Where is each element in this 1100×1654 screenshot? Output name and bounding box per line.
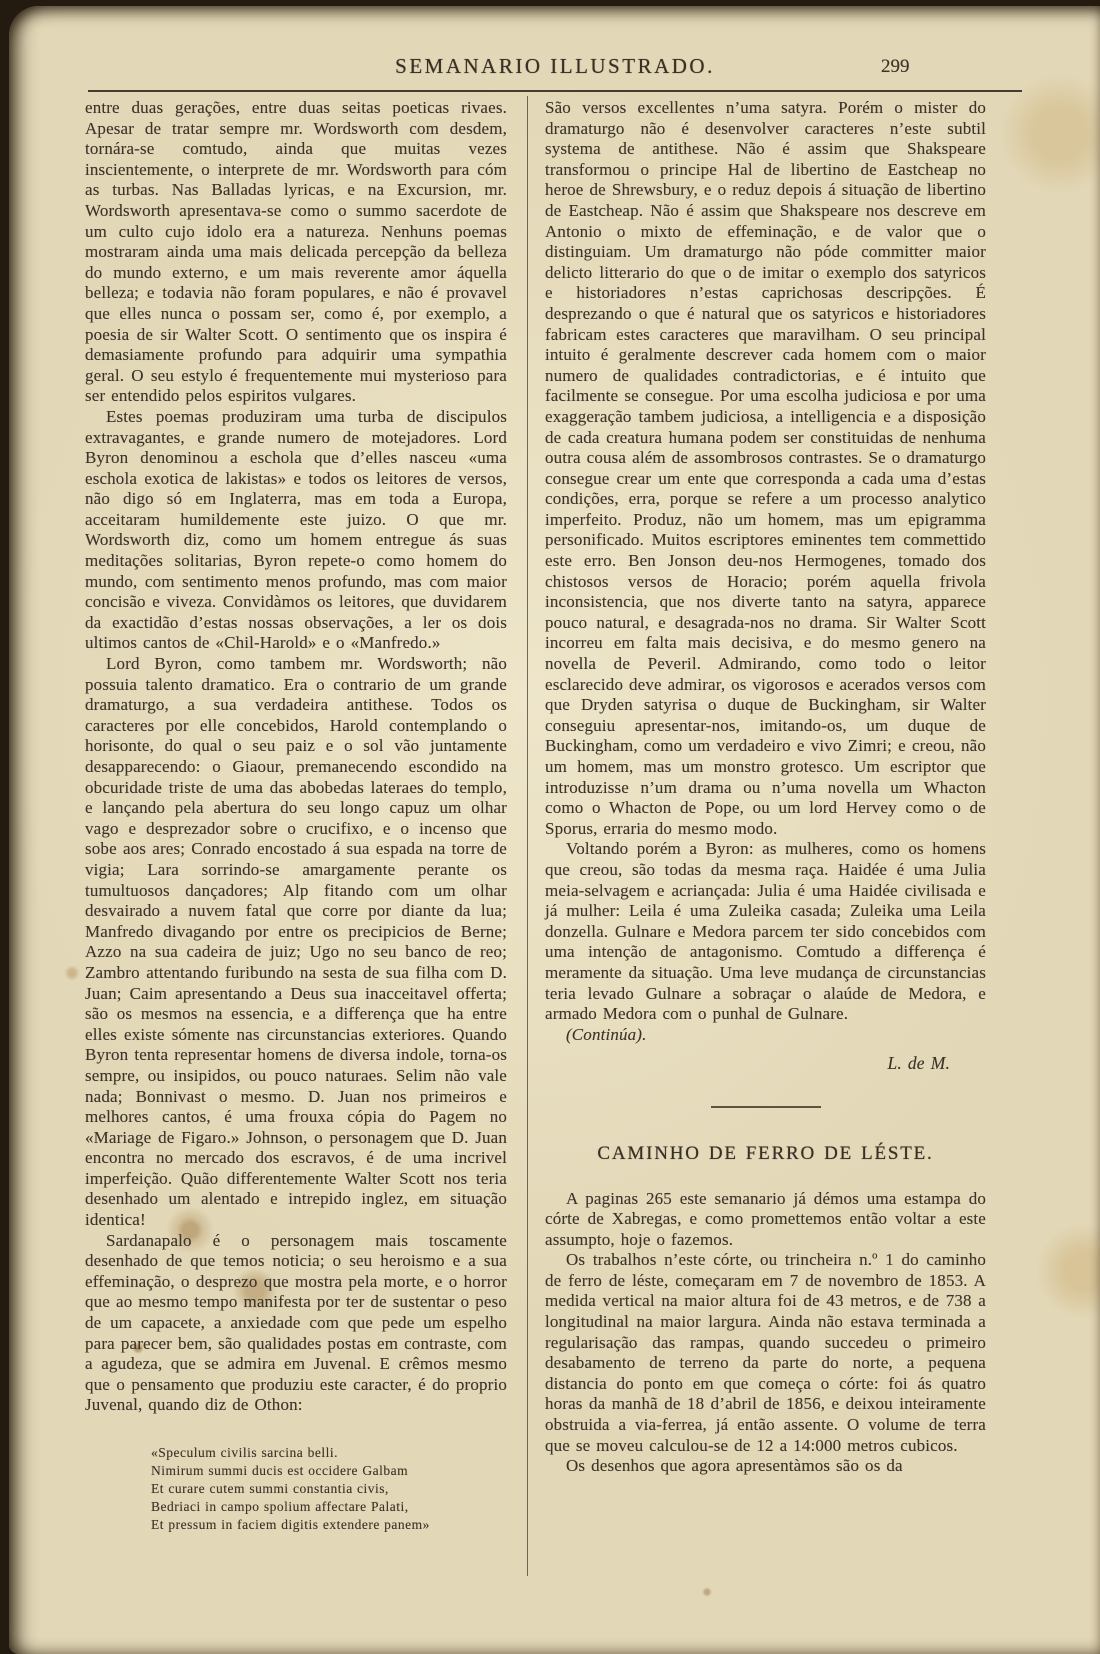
latin-verse: «Speculum civilis sarcina belli. Nimirum… bbox=[151, 1444, 507, 1534]
verse-line: Bedriaci in campo spolium affectare Pala… bbox=[151, 1498, 507, 1516]
paragraph: A paginas 265 este semanario já démos um… bbox=[545, 1189, 986, 1251]
paragraph: Os desenhos que agora apresentàmos são o… bbox=[545, 1456, 986, 1477]
section-heading: CAMINHO DE FERRO DE LÉSTE. bbox=[545, 1144, 986, 1165]
paragraph: Estes poemas produziram uma turba de dis… bbox=[85, 407, 507, 654]
paragraph: São versos excellentes n’uma satyra. Por… bbox=[545, 98, 986, 839]
section-separator bbox=[711, 1106, 821, 1108]
column-divider bbox=[527, 96, 528, 1576]
paragraph: Os trabalhos n’este córte, ou trincheira… bbox=[545, 1250, 986, 1456]
verse-line: Et curare cutem summi constantia civis, bbox=[151, 1480, 507, 1498]
right-column: São versos excellentes n’uma satyra. Por… bbox=[545, 98, 986, 1477]
continua-note: (Continúa). bbox=[545, 1025, 986, 1046]
paragraph: entre duas gerações, entre duas seitas p… bbox=[85, 98, 507, 407]
author-signature: L. de M. bbox=[545, 1053, 986, 1074]
scanned-page: SEMANARIO ILLUSTRADO. 299 entre duas ger… bbox=[0, 0, 1100, 1654]
page-number: 299 bbox=[881, 56, 910, 78]
header-rule bbox=[88, 90, 1022, 92]
verse-line: «Speculum civilis sarcina belli. bbox=[151, 1444, 507, 1462]
paragraph: Lord Byron, como tambem mr. Wordsworth; … bbox=[85, 654, 507, 1231]
paragraph: Sardanapalo é o personagem mais toscamen… bbox=[85, 1231, 507, 1416]
paper: SEMANARIO ILLUSTRADO. 299 entre duas ger… bbox=[9, 6, 1100, 1654]
verse-line: Et pressum in faciem digitis extendere p… bbox=[151, 1516, 507, 1534]
paragraph: Voltando porém a Byron: as mulheres, com… bbox=[545, 839, 986, 1024]
verse-line: Nimirum summi ducis est occidere Galbam bbox=[151, 1462, 507, 1480]
left-column: entre duas gerações, entre duas seitas p… bbox=[85, 98, 507, 1534]
